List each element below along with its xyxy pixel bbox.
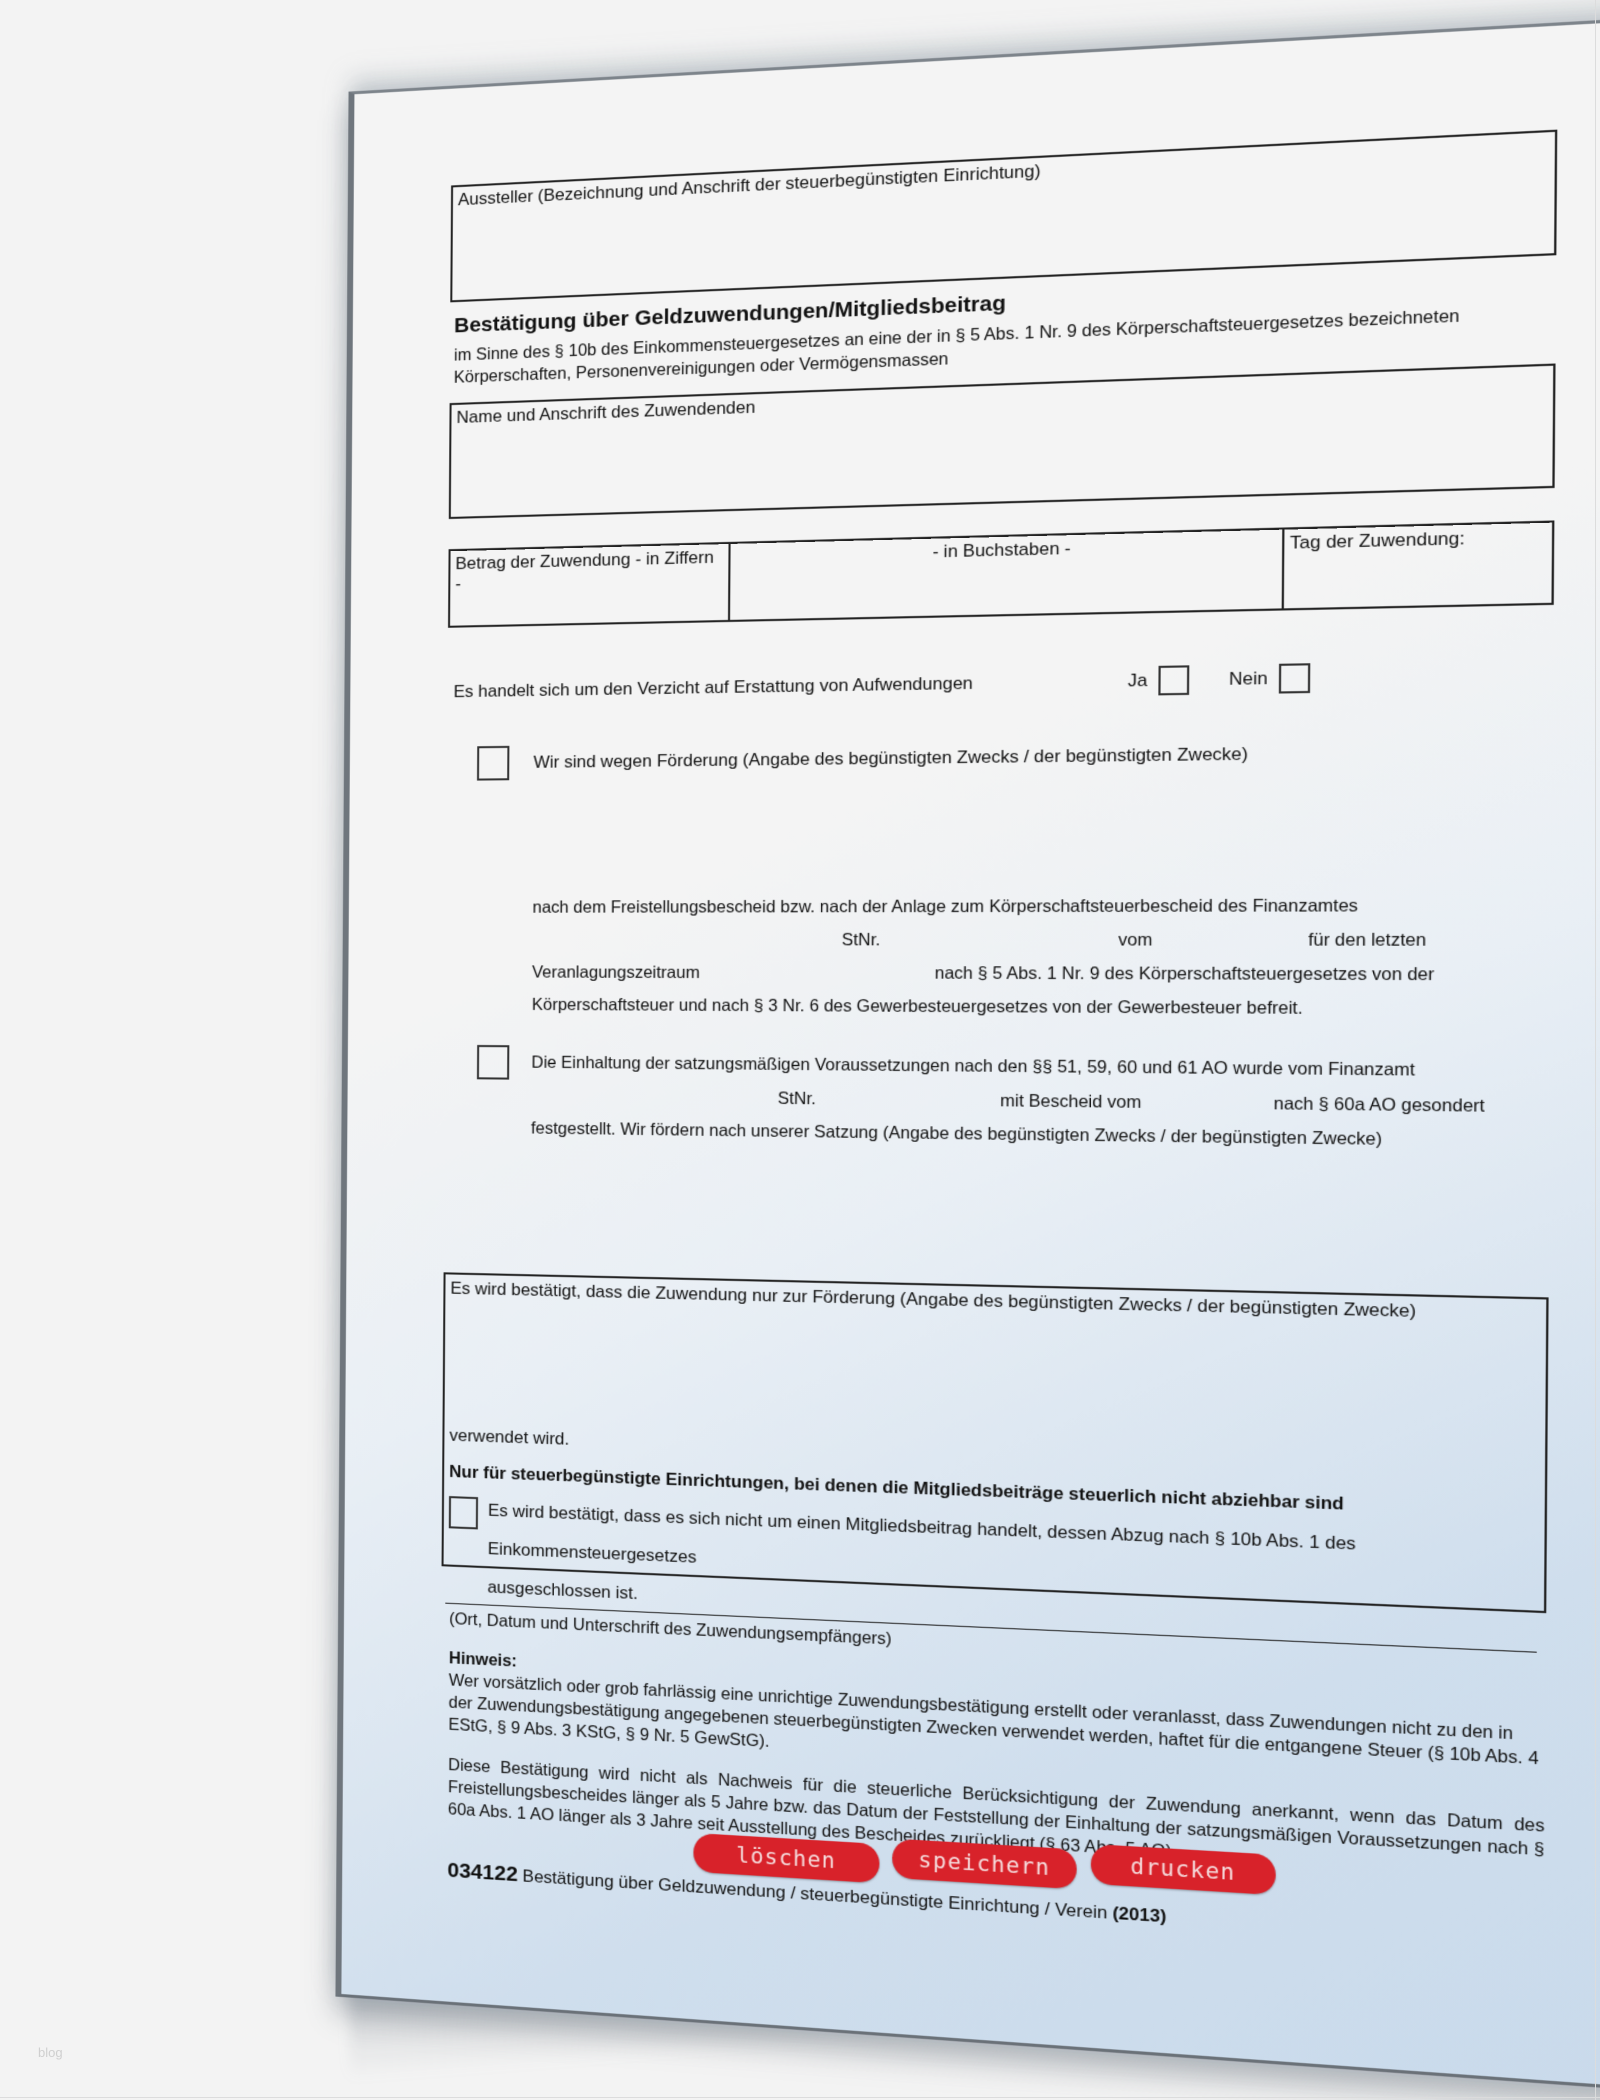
einhaltung-stnr-label: StNr. [778,1082,1001,1118]
confirmation-box: Es wird bestätigt, dass die Zuwendung nu… [442,1272,1549,1613]
frame-border-bottom [0,2097,1600,2098]
donation-date-label: Tag der Zuwendung: [1290,526,1546,554]
aussteller-label: Aussteller (Bezeichnung und Anschrift de… [458,161,1041,210]
freistellung-paragraph: nach dem Freistellungsbescheid bzw. nach… [532,888,1552,1026]
freistellung-line-4: Körperschaftsteuer und nach § 3 Nr. 6 de… [532,989,1551,1027]
verwendet-wird-label: verwendet wird. [449,1426,569,1450]
foerderung-checkbox[interactable] [477,746,509,781]
verzicht-question: Es handelt sich um den Verzicht auf Erst… [454,671,1128,703]
stnr-label: StNr. [842,923,1119,957]
freistellung-line-1: nach dem Freistellungsbescheid bzw. nach… [532,888,1551,923]
einhaltung-paragraph: StNr. mit Bescheid vom nach § 60a AO ges… [531,1080,1550,1159]
einhaltung-finanzamt-field[interactable] [531,1080,778,1115]
einhaltung-checkbox[interactable] [477,1045,509,1080]
form-content: Aussteller (Bezeichnung und Anschrift de… [439,130,1557,1953]
confirmation-line-1: Es wird bestätigt, dass die Zuwendung nu… [450,1279,1540,1326]
amount-digits-label: Betrag der Zuwendung - in Ziffern - [455,547,723,594]
foerderung-row: Wir sind wegen Förderung (Angabe des beg… [447,733,1553,781]
donation-date-field[interactable]: Tag der Zuwendung: [1284,523,1552,609]
document-code: 034122 [447,1859,518,1887]
nein-checkbox[interactable] [1279,663,1310,693]
freistellung-line-3-text: nach § 5 Abs. 1 Nr. 9 des Körperschaftst… [935,957,1435,992]
ja-checkbox[interactable] [1158,665,1189,695]
nein-label: Nein [1229,668,1268,690]
amount-words-label: - in Buchstaben - [736,533,1277,567]
fuer-den-letzten-label: für den letzten [1308,923,1426,957]
mit-bescheid-label: mit Bescheid vom [1000,1084,1274,1121]
veranlagungszeitraum-label: Veranlagungszeitraum [532,956,935,990]
finanzamt-field[interactable] [532,924,842,957]
watermark-text: blog [38,2045,63,2060]
ja-label: Ja [1128,670,1148,691]
amount-words-field[interactable]: - in Buchstaben - [730,530,1284,620]
vom-label: vom [1118,923,1308,957]
amount-table: Betrag der Zuwendung - in Ziffern - - in… [448,520,1554,627]
frame-border-right [1595,0,1596,2100]
freistellung-line-2: StNr. vom für den letzten [532,923,1551,958]
gesondert-label: nach § 60a AO gesondert [1273,1087,1484,1124]
zuwendender-label: Name und Anschrift des Zuwendenden [456,397,755,428]
mitgliedsbeitrag-checkbox[interactable] [449,1496,478,1529]
document-sheet: Aussteller (Bezeichnung und Anschrift de… [335,16,1600,2091]
verzicht-row: Es handelt sich um den Verzicht auf Erst… [447,659,1553,706]
freistellung-line-3: Veranlagungszeitraum nach § 5 Abs. 1 Nr.… [532,956,1551,992]
foerderung-label: Wir sind wegen Förderung (Angabe des beg… [533,744,1248,773]
amount-digits-field[interactable]: Betrag der Zuwendung - in Ziffern - [450,544,731,626]
zuwendender-field[interactable]: Name und Anschrift des Zuwendenden [449,363,1556,518]
einhaltung-line-1: Die Einhaltung der satzungsmäßigen Vorau… [531,1053,1415,1080]
document-year: (2013) [1112,1903,1166,1926]
mitgliedsbeitrag-line-2: ausgeschlossen ist. [487,1577,638,1603]
document-stage: Aussteller (Bezeichnung und Anschrift de… [0,0,1600,2100]
